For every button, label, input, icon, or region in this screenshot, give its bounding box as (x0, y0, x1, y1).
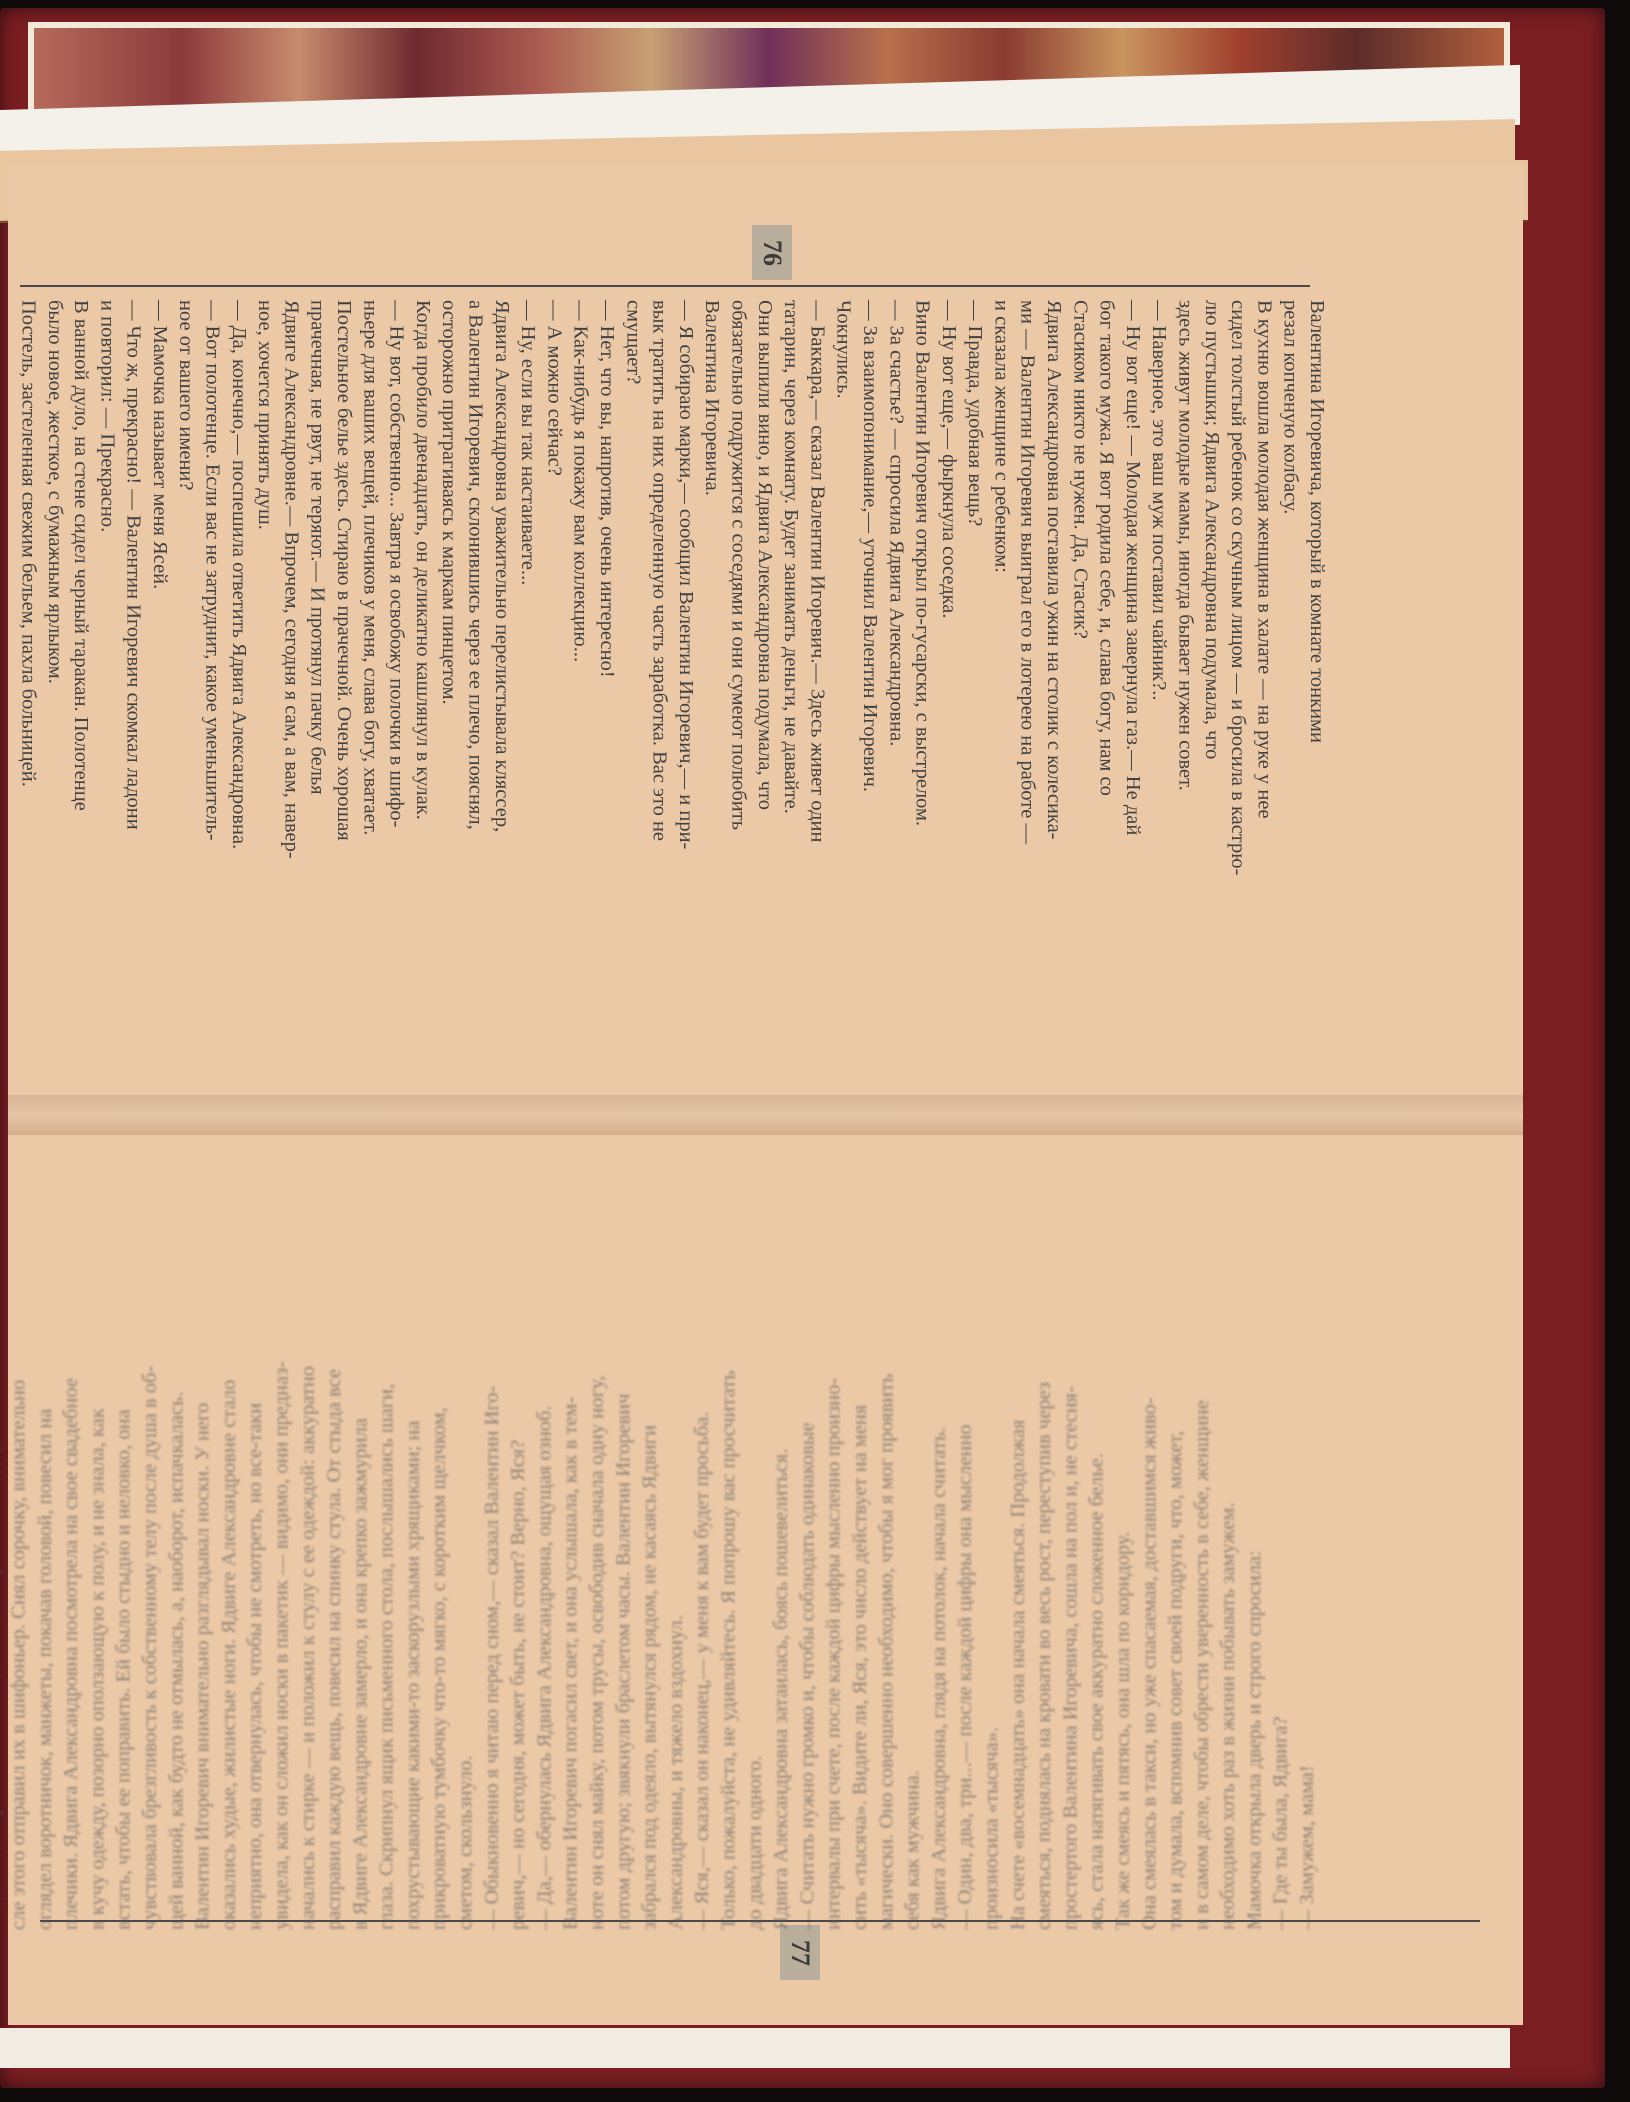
text-line: обязательно подружится с соседями и они … (725, 300, 751, 1080)
text-line: Валентин Игоревич внимательно разглядыва… (189, 1150, 215, 1930)
text-line: похрустывающие какими-то заскорузлыми хр… (400, 1150, 426, 1930)
text-line: — Один, два, три...— после каждой цифры … (952, 1150, 978, 1930)
text-line: Ядвига Александровна поставила ужин на с… (1041, 300, 1067, 1080)
text-line: — Считать нужно громко и, чтобы соблюдат… (794, 1150, 820, 1930)
text-line: В кухню вошла молодая женщина в халате —… (1251, 300, 1277, 1080)
text-line: а Валентин Игоревич, склонившись через е… (462, 300, 488, 1080)
text-line: в Ядвиге Александровне замерло, и она кр… (347, 1150, 373, 1930)
text-line: резал копченую колбасу. (1277, 300, 1303, 1080)
text-line: — Что ж, прекрасно! — Валентин Игоревич … (120, 300, 146, 1080)
text-line: увидела, как он сложил носки в пакетик —… (268, 1150, 294, 1930)
text-line: Она смеялась в такси, но уже спасаемая, … (1136, 1150, 1162, 1930)
text-line: ясь, стала натягивать свое аккуратно сло… (1083, 1150, 1109, 1930)
text-line: Постельное белье здесь. Стираю в прачечн… (331, 300, 357, 1080)
text-line: здесь живут молодые мамы, иногда бывает … (1172, 300, 1198, 1080)
text-line: Только, пожалуйста, не удивляйтесь. Я по… (715, 1150, 741, 1930)
text-line: Стасиком никто не нужен. Да, Стасик? (1067, 300, 1093, 1080)
text-line: сметом, скользнуло. (452, 1150, 478, 1930)
text-line: — Ну вот еще,— фыркнула соседка. (936, 300, 962, 1080)
text-line: Когда пробило двенадцать, он деликатно к… (410, 300, 436, 1080)
text-line: На счете «восемнадцать» она начала смеят… (1004, 1150, 1030, 1930)
text-line: смеяться, поднялась на кровати во весь р… (1031, 1150, 1057, 1930)
text-line: плечики. Ядвига Александровна посмотрела… (58, 1150, 84, 1930)
text-line: Валентина Игоревича. (699, 300, 725, 1080)
text-line: — Ну вот еще! — Молодая женщина завернул… (1120, 300, 1146, 1080)
text-line: ноте он снял майку, потом трусы, освобод… (584, 1150, 610, 1930)
book-gutter (8, 1095, 1523, 1135)
text-line: Валентин Игоревич погасил свет, и она ус… (557, 1150, 583, 1930)
text-line: Ядвиге Александровне.— Впрочем, сегодня … (278, 300, 304, 1080)
text-line: оказались худые, жилистые ноги. Ядвиге А… (216, 1150, 242, 1930)
text-line: — Как-нибудь я покажу вам коллекцию... (567, 300, 593, 1080)
text-line: Ядвига Александровна, глядя на потолок, … (926, 1150, 952, 1930)
text-line: чувствовала брезгливость к собственному … (137, 1150, 163, 1930)
text-line: — Я собираю марки,— сообщил Валентин Иго… (673, 300, 699, 1080)
text-line: сить «тысяча». Видите ли, Яся, это число… (847, 1150, 873, 1930)
text-line: прачечная, не рвут, не теряют.— И протян… (304, 300, 330, 1080)
text-line: Мамочка открыла дверь и строго спросила: (1241, 1150, 1267, 1930)
text-line: Постель, застеленная свежим бельем, пахл… (15, 300, 41, 1080)
text-line: начались к стирке — и положил к стулу с … (294, 1150, 320, 1930)
text-line: — Баккара,— сказал Валентин Игоревич.— З… (804, 300, 830, 1080)
text-line: татарин, через комнату. Будет занимать д… (778, 300, 804, 1080)
text-line: В ванной дуло, на стене сидел черный тар… (68, 300, 94, 1080)
text-line: — Нет, что вы, напротив, очень интересно… (594, 300, 620, 1080)
text-line: простертого Валентина Игоревича, сошла н… (1057, 1150, 1083, 1930)
text-line: до двадцати одного. (741, 1150, 767, 1930)
page-number-76: 76 (752, 225, 792, 280)
text-line: Вино Валентин Игоревич открыл по-гусарск… (909, 300, 935, 1080)
text-line: смущает? (620, 300, 646, 1080)
text-line: интервалы при счете, после каждой цифры … (820, 1150, 846, 1930)
text-line: прикроватную тумбочку что-то мягко, с ко… (426, 1150, 452, 1930)
text-line: — Ну вот, собственно... Завтра я освобож… (383, 300, 409, 1080)
text-line: Они выпили вино, и Ядвига Александровна … (751, 300, 777, 1080)
text-line: Чокнулись. (830, 300, 856, 1080)
text-line: ное, хочется принять душ. (252, 300, 278, 1080)
text-line: произносила «тысяча». (978, 1150, 1004, 1930)
text-line: — Ну, если вы так настаиваете... (515, 300, 541, 1080)
text-line: — Вот полотенце. Если вас не затруднит, … (199, 300, 225, 1080)
text-line: Ядвига Александровна уважительно перелис… (489, 300, 515, 1080)
text-line: и повторил: — Прекрасно. (94, 300, 120, 1080)
text-line: — Правда, удобная вещь? (962, 300, 988, 1080)
text-line: необходимо хоть раз в жизни побывать зам… (1215, 1150, 1241, 1930)
text-line: — За взаимопонимание,— уточнил Валентин … (857, 300, 883, 1080)
text-line: в кучу одежду, позорно оползающую к полу… (84, 1150, 110, 1930)
text-line: расправил каждую вещь, повесил на спинку… (321, 1150, 347, 1930)
page-number-77: 77 (780, 1925, 820, 1980)
text-line: Валентина Игоревича, который в комнате т… (1304, 300, 1330, 1080)
text-line: себя как мужчина. (899, 1150, 925, 1930)
text-line: магически. Оно совершенно необходимо, чт… (873, 1150, 899, 1930)
text-line: Ядвига Александровна затаилась, боясь по… (768, 1150, 794, 1930)
text-line: оглядел воротничок, манжеты, покачав гол… (31, 1150, 57, 1930)
text-line: ньере для ваших вещей, плечиков у меня, … (357, 300, 383, 1080)
text-line: и в самом деле, чтобы обрести уверенност… (1189, 1150, 1215, 1930)
text-line: забрался под одеяло, вытянулся рядом, не… (636, 1150, 662, 1930)
bottom-flyleaf (0, 2028, 1510, 2068)
text-line: глаза. Скрипнул ящик письменного стола, … (373, 1150, 399, 1930)
text-line: щей ванной, как будто не отмылась, а, на… (163, 1150, 189, 1930)
text-line: ми — Валентин Игоревич выиграл его в лот… (1014, 300, 1040, 1080)
text-line: том и думала, вспомнив совет своей подру… (1162, 1150, 1188, 1930)
text-line: сидел толстый ребенок со скучным лицом —… (1225, 300, 1251, 1080)
text-line: ное от вашего имени? (173, 300, 199, 1080)
text-line: — Замужем, мама! (1294, 1150, 1320, 1930)
text-line: осторожно притрагиваясь к маркам пинцето… (436, 300, 462, 1080)
text-line: ревич,— но сегодня, может быть, не стоит… (505, 1150, 531, 1930)
text-line: — Обыкновенно я читаю перед сном,— сказа… (479, 1150, 505, 1930)
left-page-text: Валентина Игоревича, который в комнате т… (15, 300, 1330, 1080)
header-rule-left (20, 285, 1310, 287)
text-line: — Да,— обернулась Ядвига Александровна, … (531, 1150, 557, 1930)
text-line: Александровны, и тяжело вздохнул. (663, 1150, 689, 1930)
text-line: ки, дважды провел по ним ладонью, выправ… (0, 1150, 5, 1930)
text-line: — Да, конечно,— поспешила ответить Ядвиг… (226, 300, 252, 1080)
text-line: — Мамочка называет меня Ясей. (147, 300, 173, 1080)
right-page-text: — Опернетесь? Поспешно забралась, укрыла… (0, 1150, 1320, 1930)
text-line: — За счастье? — спросила Ядвига Александ… (883, 300, 909, 1080)
text-line: — Где ты была, Ядвига? (1267, 1150, 1293, 1930)
text-line: сле этого отправил их в шифоньер. Снял с… (5, 1150, 31, 1930)
text-line: Так же смеясь и пятясь, она шла по корид… (1110, 1150, 1136, 1930)
text-line: встать, чтобы ее поправить. Ей было стыд… (110, 1150, 136, 1930)
text-line: неприятно, она отвернулась, чтобы не смо… (242, 1150, 268, 1930)
text-line: потом другую; звякнули браслетом часы. В… (610, 1150, 636, 1930)
text-line: лю пустышки; Ядвига Александровна подума… (1199, 300, 1225, 1080)
text-line: вык тратить на них определенную часть за… (646, 300, 672, 1080)
text-line: было новое, жесткое, с бумажным ярлыком. (41, 300, 67, 1080)
text-line: — А можно сейчас? (541, 300, 567, 1080)
text-line: — Яся,— сказал он наконец,— у меня к вам… (689, 1150, 715, 1930)
text-line: бог такого мужа. Я вот родила себе, и, с… (1093, 300, 1119, 1080)
text-line: и сказала женщине с ребенком: (988, 300, 1014, 1080)
text-line: — Наверное, это ваш муж поставил чайник?… (1146, 300, 1172, 1080)
